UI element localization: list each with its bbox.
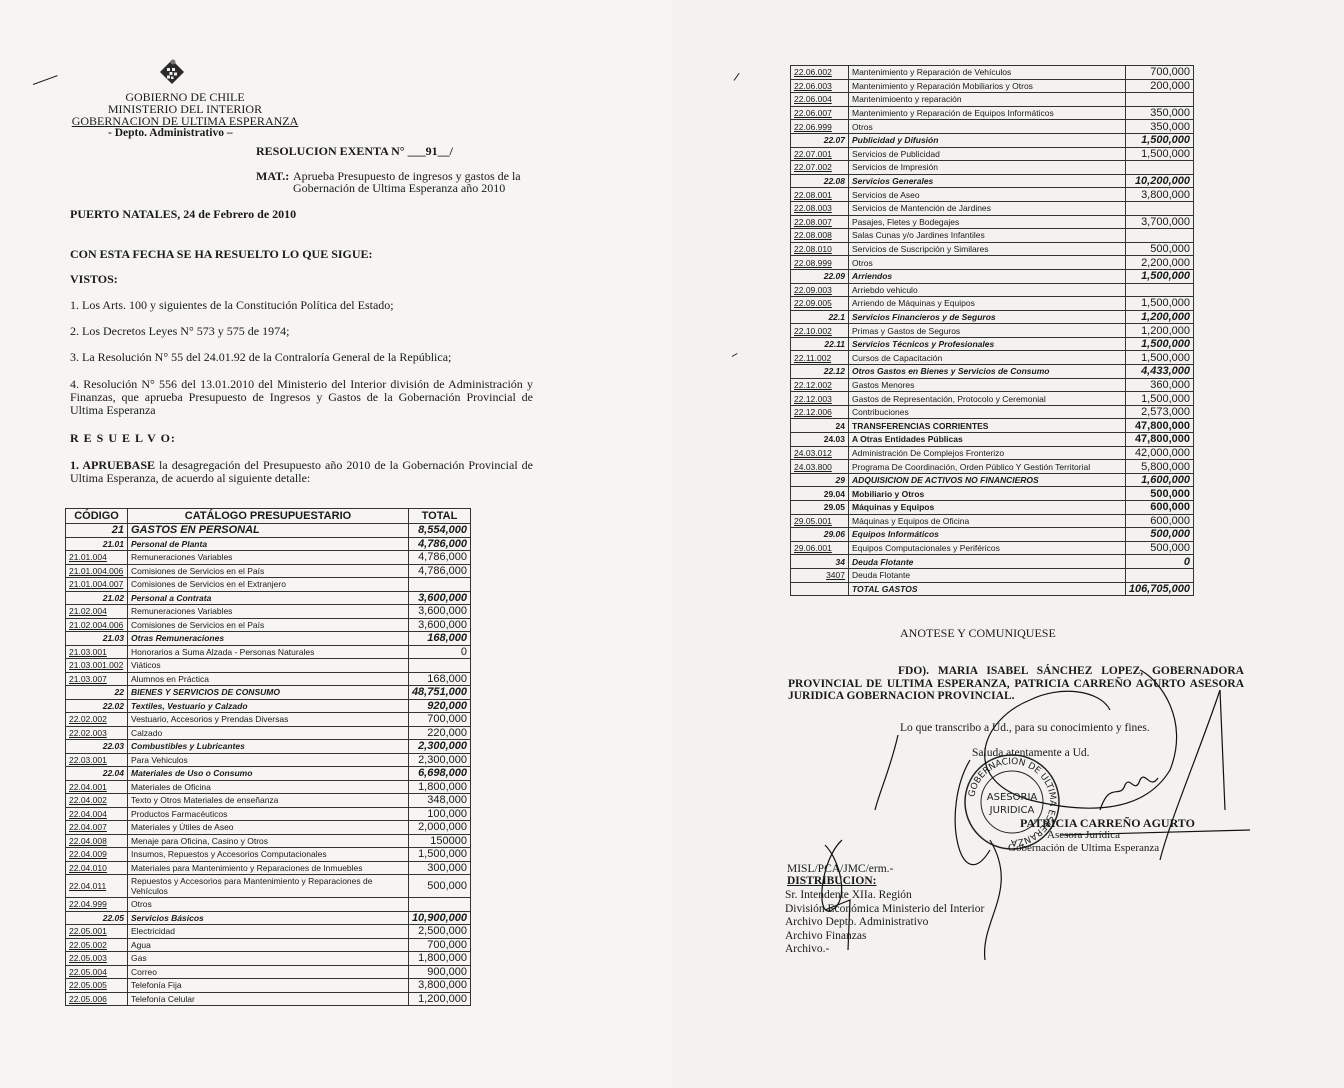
table-row: 22.02.002Vestuario, Accesorios y Prendas… [66,713,471,727]
cell-code: 22.02.002 [66,713,128,727]
cell-code: 22.12.006 [791,405,849,419]
cell-total: 220,000 [408,726,470,740]
cell-code: 21.01.004.006 [66,564,128,578]
cell-total: 348,000 [408,794,470,808]
cell-code: 22.11 [791,337,849,351]
cell-total [1125,161,1193,175]
table-row: 22.05.003Gas1,800,000 [66,952,471,966]
cell-code: 22.05 [66,911,128,925]
budget-table-left: CÓDIGO CATÁLOGO PRESUPUESTARIO TOTAL 21G… [65,508,471,1006]
cell-code: 22.04.008 [66,834,128,848]
cell-code: 29.06.001 [791,541,849,555]
cell-total: 42,000,000 [1125,446,1193,460]
cell-total: 8,554,000 [408,524,470,538]
cell-desc: Equipos Computacionales y Periféricos [849,541,1126,555]
cell-code: 22.08.007 [791,215,849,229]
cell-code: 21.01.004 [66,551,128,565]
cell-desc: Deuda Flotante [849,568,1126,582]
cell-total: 4,786,000 [408,564,470,578]
cell-desc: Otros [849,256,1126,270]
table-row: 29.06Equipos Informáticos500,000 [791,528,1194,542]
cell-desc: Gastos Menores [849,378,1126,392]
intro-heading: CON ESTA FECHA SE HA RESUELTO LO QUE SIG… [70,247,373,262]
table-row: 22.03.001Para Vehiculos2,300,000 [66,753,471,767]
cell-code: 22.04.004 [66,807,128,821]
cell-total: 2,500,000 [408,925,470,939]
resuelvo-item-1: 1. APRUEBASE la desagregación del Presup… [70,459,533,485]
table-row: 22.04.002Texto y Otros Materiales de ens… [66,794,471,808]
cell-total: 700,000 [408,713,470,727]
table-row: 22.05.004Correo900,000 [66,965,471,979]
stamp-center-2: JURIDICA [989,805,1035,816]
cell-total: 168,000 [408,672,470,686]
cell-code: 22.12 [791,365,849,379]
table-row: 22.05.001Electricidad2,500,000 [66,925,471,939]
cell-code: 22.05.004 [66,965,128,979]
cell-code: 21.01 [66,537,128,551]
cell-desc: Arriendo de Máquinas y Equipos [849,297,1126,311]
cell-desc: Contribuciones [849,405,1126,419]
table-row: 21.03.007Alumnos en Práctica168,000 [66,672,471,686]
table-row: 21.01.004.006Comisiones de Servicios en … [66,564,471,578]
table-row: 22.02Textiles, Vestuario y Calzado920,00… [66,699,471,713]
cell-code: 22.07.002 [791,161,849,175]
table-row: 22.07.001Servicios de Publicidad1,500,00… [791,147,1194,161]
table-row: 21.01Personal de Planta4,786,000 [66,537,471,551]
cell-total: 1,500,000 [1125,337,1193,351]
cell-total: 600,000 [1125,501,1193,515]
cell-desc: Cursos de Capacitación [849,351,1126,365]
table-row: 29.05.001Máquinas y Equipos de Oficina60… [791,514,1194,528]
cell-code: 21.02.004 [66,605,128,619]
resolution-number: RESOLUCION EXENTA N° ___91__/ [256,144,453,159]
cell-total: 1,500,000 [1125,392,1193,406]
table-row: 34Deuda Flotante0 [791,555,1194,569]
cell-desc: Salas Cunas y/o Jardines Infantiles [849,229,1126,243]
cell-code: 29.06 [791,528,849,542]
cell-total [1125,568,1193,582]
table-row: 21.02.004.006Comisiones de Servicios en … [66,618,471,632]
cell-code: 24 [791,419,849,433]
cell-desc: Servicios de Aseo [849,188,1126,202]
table-row: 22.05.002Agua700,000 [66,938,471,952]
cell-desc: Telefonía Fija [128,979,409,993]
cell-code: 22.06.007 [791,106,849,120]
cell-total: 700,000 [1125,66,1193,80]
cell-code: 29.05.001 [791,514,849,528]
header-total: TOTAL [408,509,470,524]
table-row: 22.04.007Materiales y Útiles de Aseo2,00… [66,821,471,835]
table-row: 22.08.007Pasajes, Fletes y Bodegajes3,70… [791,215,1194,229]
table-row: 22.04.008Menaje para Oficina, Casino y O… [66,834,471,848]
cell-total: 4,433,000 [1125,365,1193,379]
cell-total: 1,500,000 [1125,351,1193,365]
cell-code: 22.08.010 [791,242,849,256]
cell-desc: Mantenimiento y Reparación Mobiliarios y… [849,79,1126,93]
cell-total: 6,698,000 [408,767,470,781]
header-dept: - Depto. Administrativo – [108,127,233,139]
cell-desc: GASTOS EN PERSONAL [128,524,409,538]
chile-government-emblem-icon [157,57,187,87]
table-row: 22.06.999Otros350,000 [791,120,1194,134]
cell-code: 22.05.005 [66,979,128,993]
cell-code: 21.02.004.006 [66,618,128,632]
cell-total: 1,200,000 [1125,324,1193,338]
cell-desc: Servicios Financieros y de Seguros [849,310,1126,324]
table-row: 29.04Mobiliario y Otros500,000 [791,487,1194,501]
budget-table-right: 22.06.002Mantenimiento y Reparación de V… [790,65,1194,596]
cell-total: 2,300,000 [408,740,470,754]
cell-total: 4,786,000 [408,537,470,551]
cell-total: 500,000 [408,875,470,898]
table-row: 22.11.002Cursos de Capacitación1,500,000 [791,351,1194,365]
budget-rows-left: 21GASTOS EN PERSONAL8,554,00021.01Person… [66,524,471,1006]
cell-desc: Arriendos [849,269,1126,283]
cell-total [408,898,470,912]
cell-total: 350,000 [1125,106,1193,120]
table-row: 22.08.008Salas Cunas y/o Jardines Infant… [791,229,1194,243]
cell-desc: Telefonía Celular [128,992,409,1006]
cell-total: 3,600,000 [408,618,470,632]
cell-total: 168,000 [408,632,470,646]
cell-total [1125,201,1193,215]
table-row: 22BIENES Y SERVICIOS DE CONSUMO48,751,00… [66,686,471,700]
cell-desc: Personal de Planta [128,537,409,551]
table-row: 22.12.003Gastos de Representación, Proto… [791,392,1194,406]
table-row: 24.03A Otras Entidades Públicas47,800,00… [791,433,1194,447]
cell-desc: Arriebdo vehiculo [849,283,1126,297]
cell-desc: Productos Farmacéuticos [128,807,409,821]
table-row: 22.06.007Mantenimiento y Reparación de E… [791,106,1194,120]
table-row: 22.04.001Materiales de Oficina1,800,000 [66,780,471,794]
cell-code: 22.04.010 [66,861,128,875]
cell-desc: Equipos Informáticos [849,528,1126,542]
table-row: 22.06.003Mantenimiento y Reparación Mobi… [791,79,1194,93]
cell-total: 1,600,000 [1125,473,1193,487]
signer-role: Asesora Jurídica [1047,829,1120,841]
table-row: 22.08.010Servicios de Suscripción y Simi… [791,242,1194,256]
cell-total: 2,573,000 [1125,405,1193,419]
cell-code: 22.02 [66,699,128,713]
table-row: 21.02Personal a Contrata3,600,000 [66,591,471,605]
cell-desc: Mantenimiento y Reparación de Equipos In… [849,106,1126,120]
table-row: 22.09Arriendos1,500,000 [791,269,1194,283]
table-row: 3407Deuda Flotante [791,568,1194,582]
table-row: 21.01.004.007Comisiones de Servicios en … [66,578,471,592]
cell-desc: TOTAL GASTOS [849,582,1126,596]
cell-code: 22.04.001 [66,780,128,794]
cell-code: 24.03.012 [791,446,849,460]
cell-code: 22.06.002 [791,66,849,80]
cell-total: 2,000,000 [408,821,470,835]
cell-total: 1,800,000 [408,780,470,794]
cell-total: 48,751,000 [408,686,470,700]
cell-code: 21.02 [66,591,128,605]
anotese-heading: ANOTESE Y COMUNIQUESE [900,626,1056,641]
distribution-item: Archivo.- [785,943,984,957]
table-row: 22.02.003Calzado220,000 [66,726,471,740]
cell-total: 1,500,000 [408,848,470,862]
table-row: 21GASTOS EN PERSONAL8,554,000 [66,524,471,538]
cell-code: 22.04.999 [66,898,128,912]
cell-total: 3,700,000 [1125,215,1193,229]
vistos-item-3: 3. La Resolución N° 55 del 24.01.92 de l… [70,351,451,364]
cell-code: 22.08.001 [791,188,849,202]
cell-code: 22.08.999 [791,256,849,270]
table-row: 29ADQUISICION DE ACTIVOS NO FINANCIEROS1… [791,473,1194,487]
cell-code: 22.03 [66,740,128,754]
cell-desc: Comisiones de Servicios en el País [128,564,409,578]
table-row: 22.12Otros Gastos en Bienes y Servicios … [791,365,1194,379]
transcribo-line: Lo que transcribo a Ud., para su conocim… [900,722,1150,734]
cell-code [791,582,849,596]
cell-desc: A Otras Entidades Públicas [849,433,1126,447]
cell-desc: Alumnos en Práctica [128,672,409,686]
cell-code: 22.1 [791,310,849,324]
cell-desc: Combustibles y Lubricantes [128,740,409,754]
cell-desc: Servicios de Publicidad [849,147,1126,161]
cell-total: 1,500,000 [1125,297,1193,311]
cell-desc: Insumos, Repuestos y Accesorios Computac… [128,848,409,862]
distribution-list: Sr. Intendente XIIa. Región División Eco… [785,889,984,957]
cell-code: 22.02.003 [66,726,128,740]
cell-code: 22.09 [791,269,849,283]
cell-total: 2,300,000 [408,753,470,767]
cell-code: 22.03.001 [66,753,128,767]
table-row: 22.08Servicios Generales10,200,000 [791,174,1194,188]
vistos-heading: VISTOS: [70,272,118,287]
cell-code: 22.06.004 [791,93,849,107]
table-row: 22.08.003Servicios de Mantención de Jard… [791,201,1194,215]
table-row: 22.04.009Insumos, Repuestos y Accesorios… [66,848,471,862]
cell-code: 24.03 [791,433,849,447]
table-row: 22.06.004Mantenimioento y reparación [791,93,1194,107]
distribution-item: División Económica Ministerio del Interi… [785,903,984,917]
scan-mark [734,73,740,81]
cell-total: 500,000 [1125,487,1193,501]
cell-code: 22.04.002 [66,794,128,808]
table-row: 21.01.004Remuneraciones Variables4,786,0… [66,551,471,565]
cell-total: 500,000 [1125,242,1193,256]
table-row: 22.05.005Telefonía Fija3,800,000 [66,979,471,993]
cell-desc: Servicios Técnicos y Profesionales [849,337,1126,351]
cell-desc: Remuneraciones Variables [128,605,409,619]
cell-desc: Remuneraciones Variables [128,551,409,565]
cell-code: 22.04 [66,767,128,781]
cell-total: 1,500,000 [1125,133,1193,147]
cell-desc: Para Vehiculos [128,753,409,767]
cell-desc: Menaje para Oficina, Casino y Otros [128,834,409,848]
cell-desc: Servicios de Mantención de Jardines [849,201,1126,215]
budget-rows-right: 22.06.002Mantenimiento y Reparación de V… [791,66,1194,596]
cell-code: 24.03.800 [791,460,849,474]
table-row: 24.03.800Programa De Coordinación, Orden… [791,460,1194,474]
cell-code: 21.01.004.007 [66,578,128,592]
table-row: 22.05.006Telefonía Celular1,200,000 [66,992,471,1006]
cell-total: 500,000 [1125,541,1193,555]
cell-total: 1,200,000 [1125,310,1193,324]
table-row: 22.04.010Materiales para Mantenimiento y… [66,861,471,875]
cell-desc: Servicios Generales [849,174,1126,188]
cell-desc: Pasajes, Fletes y Bodegajes [849,215,1126,229]
cell-code: 22.05.006 [66,992,128,1006]
cell-desc: Comisiones de Servicios en el Extranjero [128,578,409,592]
cell-total: 4,786,000 [408,551,470,565]
cell-code: 22.08 [791,174,849,188]
cell-total: 700,000 [408,938,470,952]
cell-total: 3,800,000 [1125,188,1193,202]
stamp-center-1: ASESORIA [987,792,1038,803]
cell-total: 106,705,000 [1125,582,1193,596]
cell-code: 21.03.001.002 [66,659,128,673]
cell-total: 3,600,000 [408,591,470,605]
cell-desc: Calzado [128,726,409,740]
cell-code: 22.10.002 [791,324,849,338]
cell-total: 1,800,000 [408,952,470,966]
table-row: 21.03Otras Remuneraciones168,000 [66,632,471,646]
cell-total: 2,200,000 [1125,256,1193,270]
cell-desc: Publicidad y Difusión [849,133,1126,147]
cell-total [408,659,470,673]
place-date: PUERTO NATALES, 24 de Febrero de 2010 [70,207,296,222]
signed-by: FDO). MARIA ISABEL SÁNCHEZ LOPEZ, GOBERN… [788,665,1244,703]
table-row: 22.12.002Gastos Menores360,000 [791,378,1194,392]
cell-total: 1,200,000 [408,992,470,1006]
cell-code: 3407 [791,568,849,582]
cell-desc: Otros [128,898,409,912]
cell-desc: Textiles, Vestuario y Calzado [128,699,409,713]
table-row: 22.07.002Servicios de Impresión [791,161,1194,175]
cell-total: 0 [1125,555,1193,569]
cell-desc: BIENES Y SERVICIOS DE CONSUMO [128,686,409,700]
cell-code: 22.07.001 [791,147,849,161]
cell-desc: Otros [849,120,1126,134]
cell-desc: Mantenimiento y Reparación de Vehículos [849,66,1126,80]
cell-total: 360,000 [1125,378,1193,392]
cell-desc: Mantenimioento y reparación [849,93,1126,107]
cell-desc: Agua [128,938,409,952]
cell-desc: Servicios Básicos [128,911,409,925]
table-row: 22.09.003Arriebdo vehiculo [791,283,1194,297]
cell-total: 600,000 [1125,514,1193,528]
distribution-heading: DISTRIBUCION: [787,875,876,887]
cell-total: 100,000 [408,807,470,821]
cell-total: 47,800,000 [1125,419,1193,433]
cell-total: 10,900,000 [408,911,470,925]
cell-code: 22.12.003 [791,392,849,406]
cell-desc: Gas [128,952,409,966]
cell-desc: Personal a Contrata [128,591,409,605]
table-row: 22.04.011Repuestos y Accesorios para Man… [66,875,471,898]
resuelvo-heading: R E S U E L V O: [70,431,176,446]
cell-total: 10,200,000 [1125,174,1193,188]
cell-total [1125,283,1193,297]
cell-desc: Servicios de Impresión [849,161,1126,175]
table-row: 22.04Materiales de Uso o Consumo6,698,00… [66,767,471,781]
table-row: 29.06.001Equipos Computacionales y Perif… [791,541,1194,555]
cell-code: 22.08.008 [791,229,849,243]
cell-desc: Repuestos y Accesorios para Mantenimient… [128,875,409,898]
cell-code: 21 [66,524,128,538]
cell-code: 21.03.001 [66,645,128,659]
cell-code: 22.05.002 [66,938,128,952]
cell-desc: Administración De Complejos Fronterizo [849,446,1126,460]
distribution-item: Sr. Intendente XIIa. Región [785,889,984,903]
table-row: 24TRANSFERENCIAS CORRIENTES47,800,000 [791,419,1194,433]
cell-desc: Honorarios a Suma Alzada - Personas Natu… [128,645,409,659]
table-row: 24.03.012Administración De Complejos Fro… [791,446,1194,460]
table-row: 22.07Publicidad y Difusión1,500,000 [791,133,1194,147]
cell-code: 22.04.009 [66,848,128,862]
table-row: TOTAL GASTOS106,705,000 [791,582,1194,596]
cell-total: 150000 [408,834,470,848]
resuelvo-bold: 1. APRUEBASE [70,458,155,472]
table-row: 22.10.002Primas y Gastos de Seguros1,200… [791,324,1194,338]
cell-desc: Máquinas y Equipos [849,501,1126,515]
cell-desc: Gastos de Representación, Protocolo y Ce… [849,392,1126,406]
table-row: 29.05Máquinas y Equipos600,000 [791,501,1194,515]
cell-desc: Electricidad [128,925,409,939]
table-row: 22.1Servicios Financieros y de Seguros1,… [791,310,1194,324]
cell-desc: Otros Gastos en Bienes y Servicios de Co… [849,365,1126,379]
table-row: 21.02.004Remuneraciones Variables3,600,0… [66,605,471,619]
cell-code: 22.12.002 [791,378,849,392]
cell-desc: Correo [128,965,409,979]
cell-total: 300,000 [408,861,470,875]
cell-code: 22.05.001 [66,925,128,939]
table-row: 22.03Combustibles y Lubricantes2,300,000 [66,740,471,754]
cell-desc: Texto y Otros Materiales de enseñanza [128,794,409,808]
cell-desc: Materiales y Útiles de Aseo [128,821,409,835]
cell-desc: Mobiliario y Otros [849,487,1126,501]
cell-total: 920,000 [408,699,470,713]
cell-total: 350,000 [1125,120,1193,134]
cell-desc: TRANSFERENCIAS CORRIENTES [849,419,1126,433]
cell-code: 22.07 [791,133,849,147]
cell-code: 21.03.007 [66,672,128,686]
distribution-item: Archivo Depto. Administrativo [785,916,984,930]
cell-code: 22.04.011 [66,875,128,898]
vistos-item-4: 4. Resolución N° 556 del 13.01.2010 del … [70,378,533,417]
table-row: 22.06.002Mantenimiento y Reparación de V… [791,66,1194,80]
cell-desc: Materiales de Oficina [128,780,409,794]
cell-total: 3,800,000 [408,979,470,993]
cell-total: 900,000 [408,965,470,979]
cell-total: 1,500,000 [1125,269,1193,283]
scan-mark [33,75,58,85]
cell-code: 29.04 [791,487,849,501]
cell-code: 22 [66,686,128,700]
table-row: 22.12.006Contribuciones2,573,000 [791,405,1194,419]
cell-code: 22.05.003 [66,952,128,966]
cell-total [1125,93,1193,107]
cell-code: 22.04.007 [66,821,128,835]
cell-desc: Programa De Coordinación, Orden Público … [849,460,1126,474]
mat-text-2: Gobernación de Ultima Esperanza año 2010 [293,182,505,195]
cell-desc: Comisiones de Servicios en el País [128,618,409,632]
scan-mark [732,353,738,357]
cell-total: 500,000 [1125,528,1193,542]
cell-total: 47,800,000 [1125,433,1193,447]
initials: MISL/PCA/JMC/erm.- [787,863,893,875]
cell-total: 0 [408,645,470,659]
cell-desc: Servicios de Suscripción y Similares [849,242,1126,256]
cell-desc: ADQUISICION DE ACTIVOS NO FINANCIEROS [849,473,1126,487]
cell-code: 22.11.002 [791,351,849,365]
cell-code: 29.05 [791,501,849,515]
vistos-item-2: 2. Los Decretos Leyes N° 573 y 575 de 19… [70,325,289,338]
cell-desc: Deuda Flotante [849,555,1126,569]
